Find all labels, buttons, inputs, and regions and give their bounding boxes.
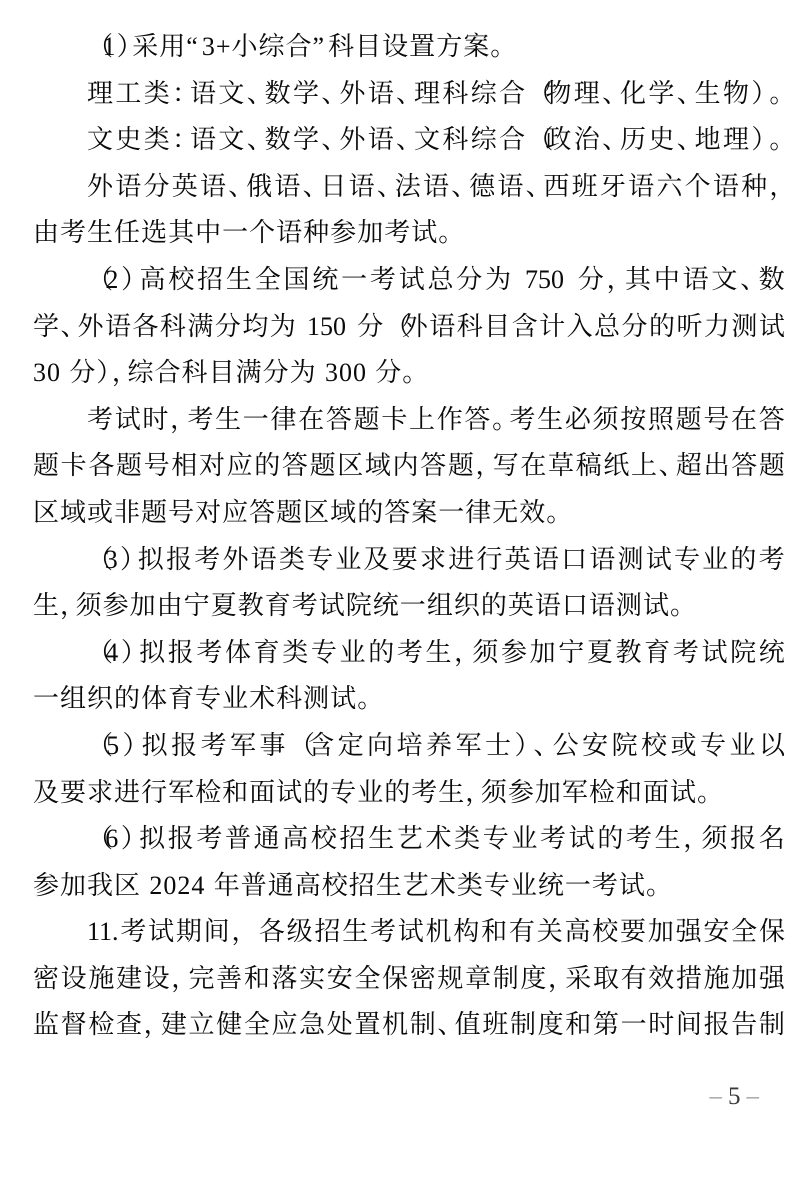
document-line: 文史类：语文、数学、外语、文科综合（政治、历史、地理）。 — [33, 117, 785, 164]
document-line: （3）拟报考外语类专业及要求进行英语口语测试专业的考 — [33, 537, 785, 584]
document-page: （1）采用“3+小综合”科目设置方案。理工类：语文、数学、外语、理科综合（物理、… — [0, 0, 798, 1184]
document-line: 外语分英语、俄语、日语、法语、德语、西班牙语六个语种， — [33, 164, 785, 211]
document-line: 参加我区 2024 年普通高校招生艺术类专业统一考试。 — [33, 863, 785, 910]
document-line: 生，须参加由宁夏教育考试院统一组织的英语口语测试。 — [33, 583, 785, 630]
document-line: （1）采用“3+小综合”科目设置方案。 — [33, 24, 785, 71]
page-number: –5– — [704, 1083, 766, 1111]
document-line: 一组织的体育专业术科测试。 — [33, 676, 785, 723]
document-line: （2）高校招生全国统一考试总分为 750 分，其中语文、数 — [33, 257, 785, 304]
page-number-left-dash: – — [704, 1083, 729, 1110]
document-line: 考试时，考生一律在答题卡上作答。考生必须按照题号在答 — [33, 397, 785, 444]
document-line: 及要求进行军检和面试的专业的考生，须参加军检和面试。 — [33, 770, 785, 817]
document-line: （6）拟报考普通高校招生艺术类专业考试的考生，须报名 — [33, 816, 785, 863]
document-line: 区域或非题号对应答题区域的答案一律无效。 — [33, 490, 785, 537]
document-line: （4）拟报考体育类专业的考生，须参加宁夏教育考试院统 — [33, 630, 785, 677]
document-line: 11.考试期间， 各级招生考试机构和有关高校要加强安全保 — [33, 909, 785, 956]
document-text-block: （1）采用“3+小综合”科目设置方案。理工类：语文、数学、外语、理科综合（物理、… — [33, 24, 785, 1049]
document-line: 30 分），综合科目满分为 300 分。 — [33, 350, 785, 397]
document-line: 由考生任选其中一个语种参加考试。 — [33, 210, 785, 257]
document-line: 理工类：语文、数学、外语、理科综合（物理、化学、生物）。 — [33, 71, 785, 118]
document-line: 密设施建设，完善和落实安全保密规章制度，采取有效措施加强 — [33, 956, 785, 1003]
page-number-right-dash: – — [741, 1083, 766, 1110]
document-line: （5）拟报考军事（含定向培养军士）、公安院校或专业以 — [33, 723, 785, 770]
page-number-value: 5 — [728, 1083, 741, 1110]
document-line: 监督检查，建立健全应急处置机制、值班制度和第一时间报告制 — [33, 1002, 785, 1049]
document-line: 题卡各题号相对应的答题区域内答题，写在草稿纸上、超出答题 — [33, 443, 785, 490]
document-line: 学、外语各科满分均为 150 分（外语科目含计入总分的听力测试 — [33, 304, 785, 351]
